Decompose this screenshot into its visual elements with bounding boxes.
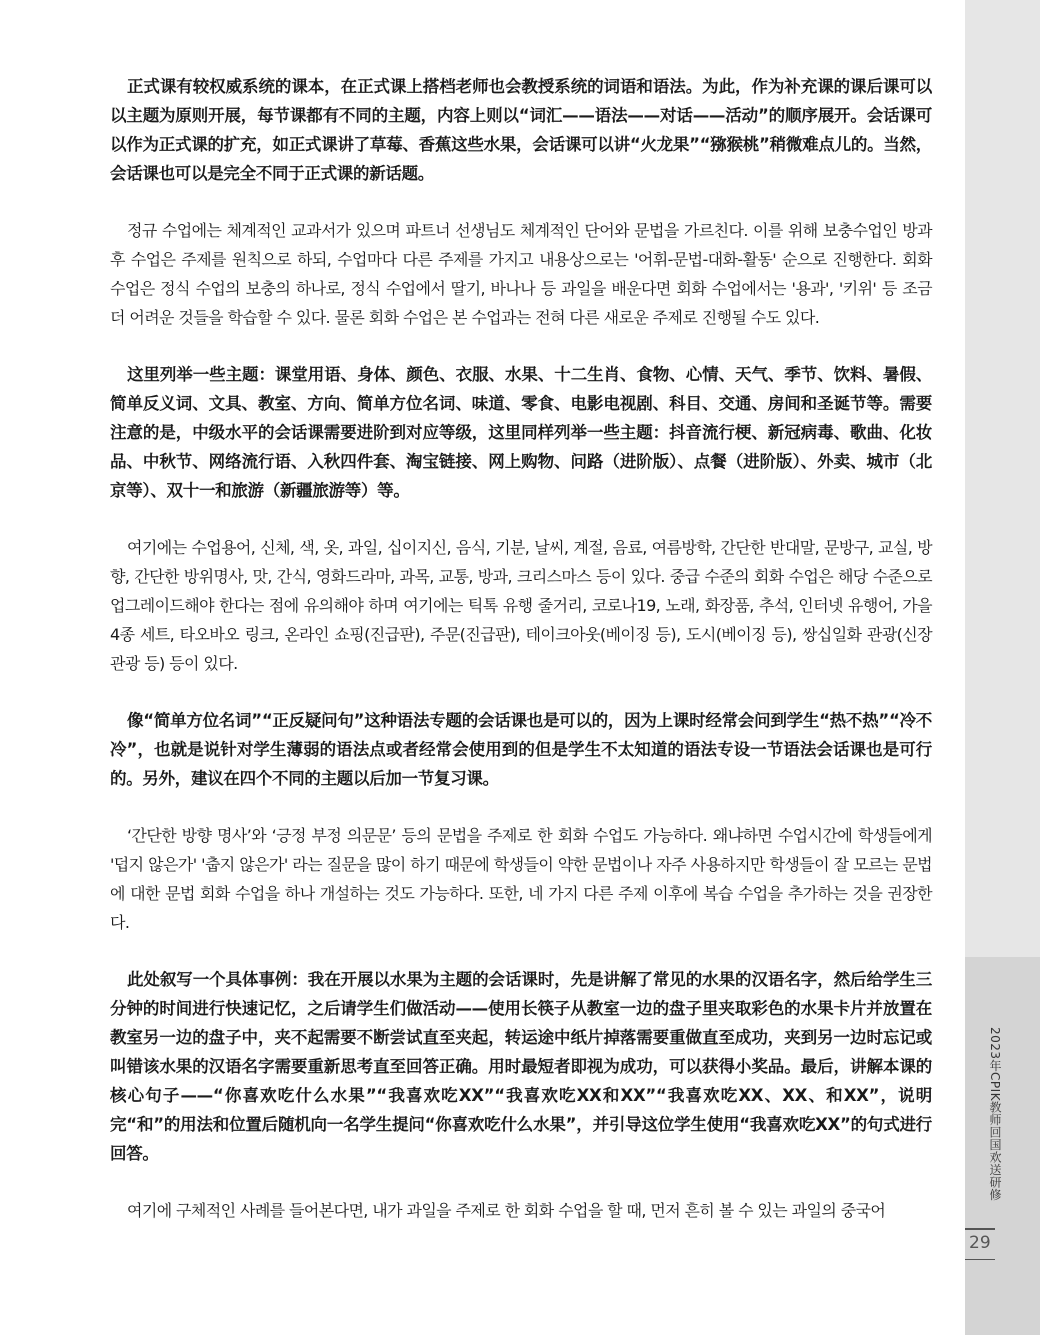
paragraph-zh-1: 正式课有较权威系统的课本，在正式课上搭档老师也会教授系统的词语和语法。为此，作为…: [110, 72, 932, 188]
paragraph-ko-4: 여기에 구체적인 사례를 들어본다면, 내가 과일을 주제로 한 회화 수업을 …: [110, 1196, 885, 1225]
paragraph-zh-2: 这里列举一些主题：课堂用语、身体、颜色、衣服、水果、十二生肖、食物、心情、天气、…: [110, 360, 932, 505]
page-number-rule-bottom: [965, 1259, 995, 1260]
running-title: 2023年CPIK教师回国欢送研修: [987, 1027, 1004, 1201]
page-margin-sidebar: 2023年CPIK教师回国欢送研修 29: [965, 0, 1040, 1335]
paragraph-ko-2: 여기에는 수업용어, 신체, 색, 옷, 과일, 십이지신, 음식, 기분, 날…: [110, 533, 932, 678]
page-number-rule-top: [965, 1228, 995, 1230]
paragraph-zh-4: 此处叙写一个具体事例：我在开展以水果为主题的会话课时，先是讲解了常见的水果的汉语…: [110, 965, 932, 1168]
paragraph-ko-1: 정규 수업에는 체계적인 교과서가 있으며 파트너 선생님도 체계적인 단어와 …: [110, 216, 932, 332]
paragraph-zh-3: 像“简单方位名词”“正反疑问句”这种语法专题的会话课也是可以的，因为上课时经常会…: [110, 706, 932, 793]
sidebar-footer-band: 2023年CPIK教师回国欢送研修 29: [965, 957, 1040, 1335]
paragraph-ko-3: ‘간단한 방향 명사’와 ‘긍정 부정 의문문’ 등의 문법을 주제로 한 회화…: [110, 821, 932, 937]
page-number: 29: [969, 1233, 991, 1253]
